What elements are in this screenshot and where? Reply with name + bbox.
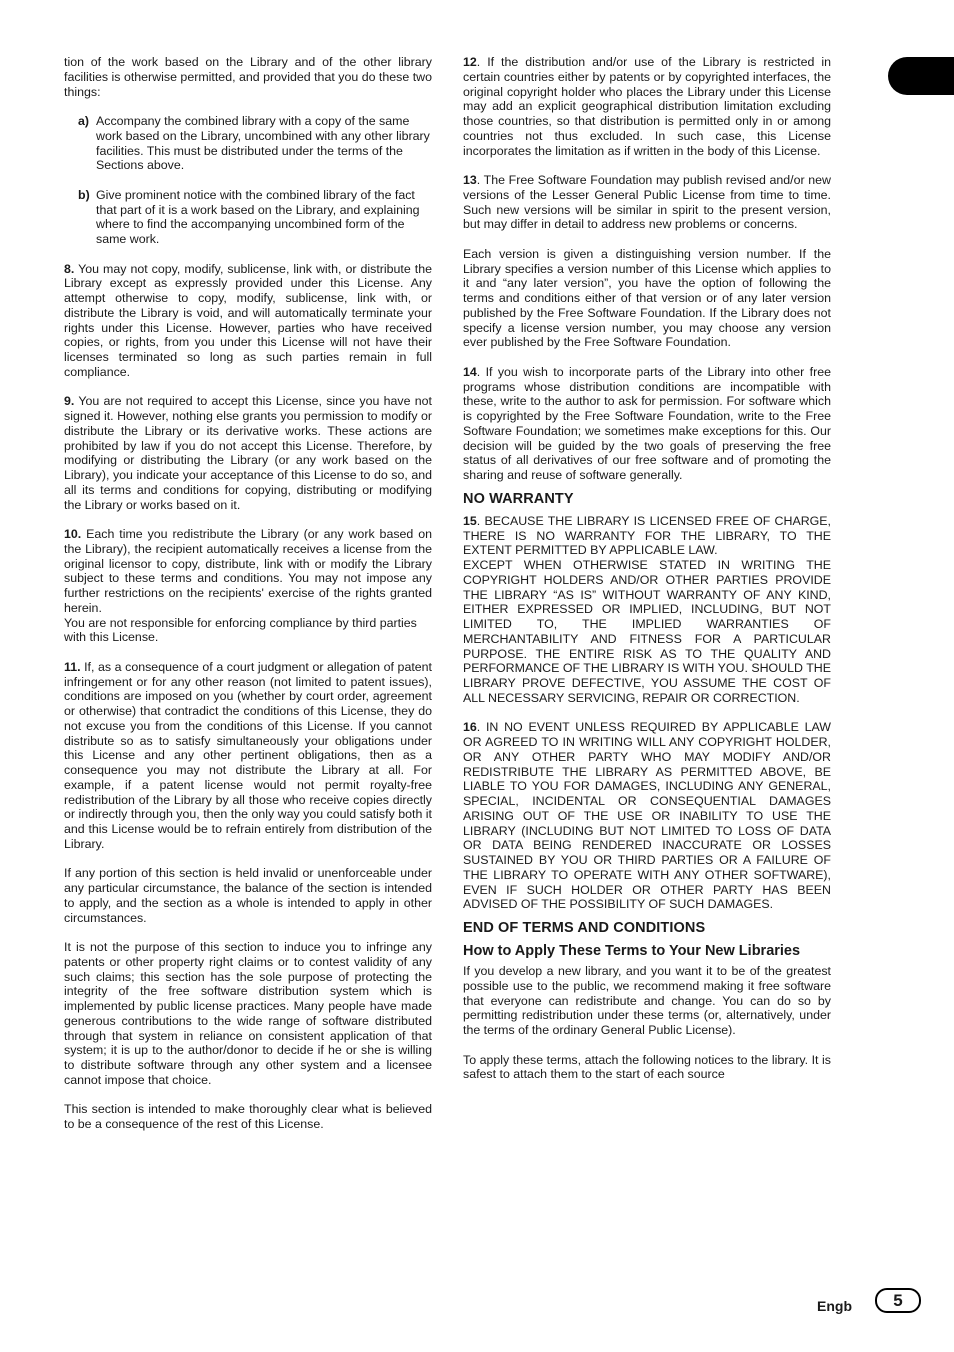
heading-no-warranty: NO WARRANTY: [463, 491, 831, 508]
list-label: b): [78, 188, 96, 247]
section-text: . BECAUSE THE LIBRARY IS LICENSED FREE O…: [463, 514, 831, 558]
section-11: 11. If, as a consequence of a court judg…: [64, 660, 432, 852]
section-text: You are not required to accept this Lice…: [64, 394, 432, 511]
section-9: 9. You are not required to accept this L…: [64, 394, 432, 512]
section-15: 15. BECAUSE THE LIBRARY IS LICENSED FREE…: [463, 514, 831, 558]
section-text: You may not copy, modify, sublicense, li…: [64, 262, 432, 379]
list-label: a): [78, 114, 96, 173]
section-10-note: You are not responsible for enforcing co…: [64, 616, 432, 646]
left-column: tion of the work based on the Library an…: [64, 55, 432, 1147]
section-13: 13. The Free Software Foundation may pub…: [463, 173, 831, 232]
paragraph-attach: To apply these terms, attach the followi…: [463, 1053, 831, 1083]
page-number-badge: 5: [875, 1288, 921, 1313]
section-number: 12: [463, 55, 477, 69]
section-text: If, as a consequence of a court judgment…: [64, 660, 432, 851]
section-15-disclaimer: EXCEPT WHEN OTHERWISE STATED IN WRITING …: [463, 558, 831, 706]
section-14: 14. If you wish to incorporate parts of …: [463, 365, 831, 483]
section-8: 8. You may not copy, modify, sublicense,…: [64, 262, 432, 380]
section-number: 13: [463, 173, 477, 187]
section-10: 10. Each time you redistribute the Libra…: [64, 527, 432, 616]
section-text: . If you wish to incorporate parts of th…: [463, 365, 831, 482]
paragraph-clarification: This section is intended to make thoroug…: [64, 1102, 432, 1132]
heading-how-to-apply: How to Apply These Terms to Your New Lib…: [463, 943, 831, 960]
section-text: . IN NO EVENT UNLESS REQUIRED BY APPLICA…: [463, 720, 831, 911]
paragraph-develop: If you develop a new library, and you wa…: [463, 964, 831, 1038]
section-12: 12. If the distribution and/or use of th…: [463, 55, 831, 158]
section-number: 14: [463, 365, 477, 379]
right-column: 12. If the distribution and/or use of th…: [463, 55, 831, 1097]
section-number: 15: [463, 514, 477, 528]
section-text: . The Free Software Foundation may publi…: [463, 173, 831, 231]
section-number: 10.: [64, 527, 81, 541]
section-number: 16: [463, 720, 477, 734]
section-16: 16. IN NO EVENT UNLESS REQUIRED BY APPLI…: [463, 720, 831, 912]
paragraph-purpose: It is not the purpose of this section to…: [64, 940, 432, 1088]
heading-end-of-terms: END OF TERMS AND CONDITIONS: [463, 920, 831, 937]
list-item-b: b) Give prominent notice with the combin…: [78, 188, 432, 247]
section-number: 9.: [64, 394, 74, 408]
intro-paragraph: tion of the work based on the Library an…: [64, 55, 432, 99]
list-text: Give prominent notice with the combined …: [96, 188, 432, 247]
list-text: Accompany the combined library with a co…: [96, 114, 432, 173]
list-item-a: a) Accompany the combined library with a…: [78, 114, 432, 173]
language-label: Engb: [817, 1298, 852, 1314]
section-text: . If the distribution and/or use of the …: [463, 55, 831, 158]
section-text: Each time you redistribute the Library (…: [64, 527, 432, 615]
paragraph-version: Each version is given a distinguishing v…: [463, 247, 831, 350]
section-tab-marker: [888, 57, 954, 95]
section-number: 11.: [64, 660, 81, 674]
paragraph-invalid-portion: If any portion of this section is held i…: [64, 866, 432, 925]
section-number: 8.: [64, 262, 74, 276]
